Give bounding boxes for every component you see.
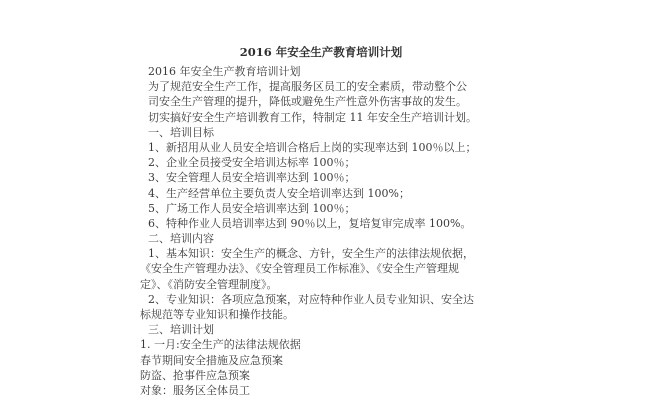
document-line: 2016 年安全生产教育培训计划 [0, 64, 652, 79]
document-line: 二、培训内容 [0, 231, 652, 246]
document-line: 4、生产经营单位主要负责人安全培训率达到 100%； [0, 186, 652, 201]
document-line: 为了规范安全生产工作，提高服务区员工的安全素质，带动整个公 [0, 79, 652, 94]
document-line: 春节期间安全措施及应急预案 [0, 353, 652, 368]
document-line: 切实搞好安全生产培训教育工作，特制定 11 年安全生产培训计划。 [0, 110, 652, 125]
document-body: 2016 年安全生产教育培训计划为了规范安全生产工作，提高服务区员工的安全素质，… [0, 64, 652, 395]
document-line: 2、专业知识：各项应急预案，对应特种作业人员专业知识、安全达 [0, 292, 652, 307]
document-line: 三、培训计划 [0, 322, 652, 337]
document-line: 6、特种作业人员培训率达到 90％以上，复培复审完成率 100%。 [0, 216, 652, 231]
document-page: 2016 年安全生产教育培训计划 2016 年安全生产教育培训计划为了规范安全生… [0, 0, 652, 395]
document-line: 一、培训目标 [0, 125, 652, 140]
document-title: 2016 年安全生产教育培训计划 [0, 45, 642, 60]
document-line: 标规范等专业知识和操作技能。 [0, 307, 652, 322]
document-line: 防盗、抢事件应急预案 [0, 368, 652, 383]
document-line: 1、新招用从业人员安全培训合格后上岗的实现率达到 100％以上； [0, 140, 652, 155]
document-line: 5、广场工作人员安全培训率达到 100％； [0, 201, 652, 216]
document-line: 3、安全管理人员安全培训率达到 100％； [0, 170, 652, 185]
document-line: 1. 一月:安全生产的法律法规依据 [0, 337, 652, 352]
document-line: 2、企业全员接受安全培训达标率 100％； [0, 155, 652, 170]
document-line: 对象：服务区全体员工 [0, 383, 652, 395]
document-line: 司安全生产管理的提升，降低或避免生产性意外伤害事故的发生。 [0, 94, 652, 109]
document-line: 1、基本知识：安全生产的概念、方针，安全生产的法律法规依据， [0, 246, 652, 261]
document-line: 《安全生产管理办法》、《安全管理员工作标准》、《安全生产管理规 [0, 261, 652, 276]
document-line: 定》、《消防安全管理制度》。 [0, 277, 652, 292]
